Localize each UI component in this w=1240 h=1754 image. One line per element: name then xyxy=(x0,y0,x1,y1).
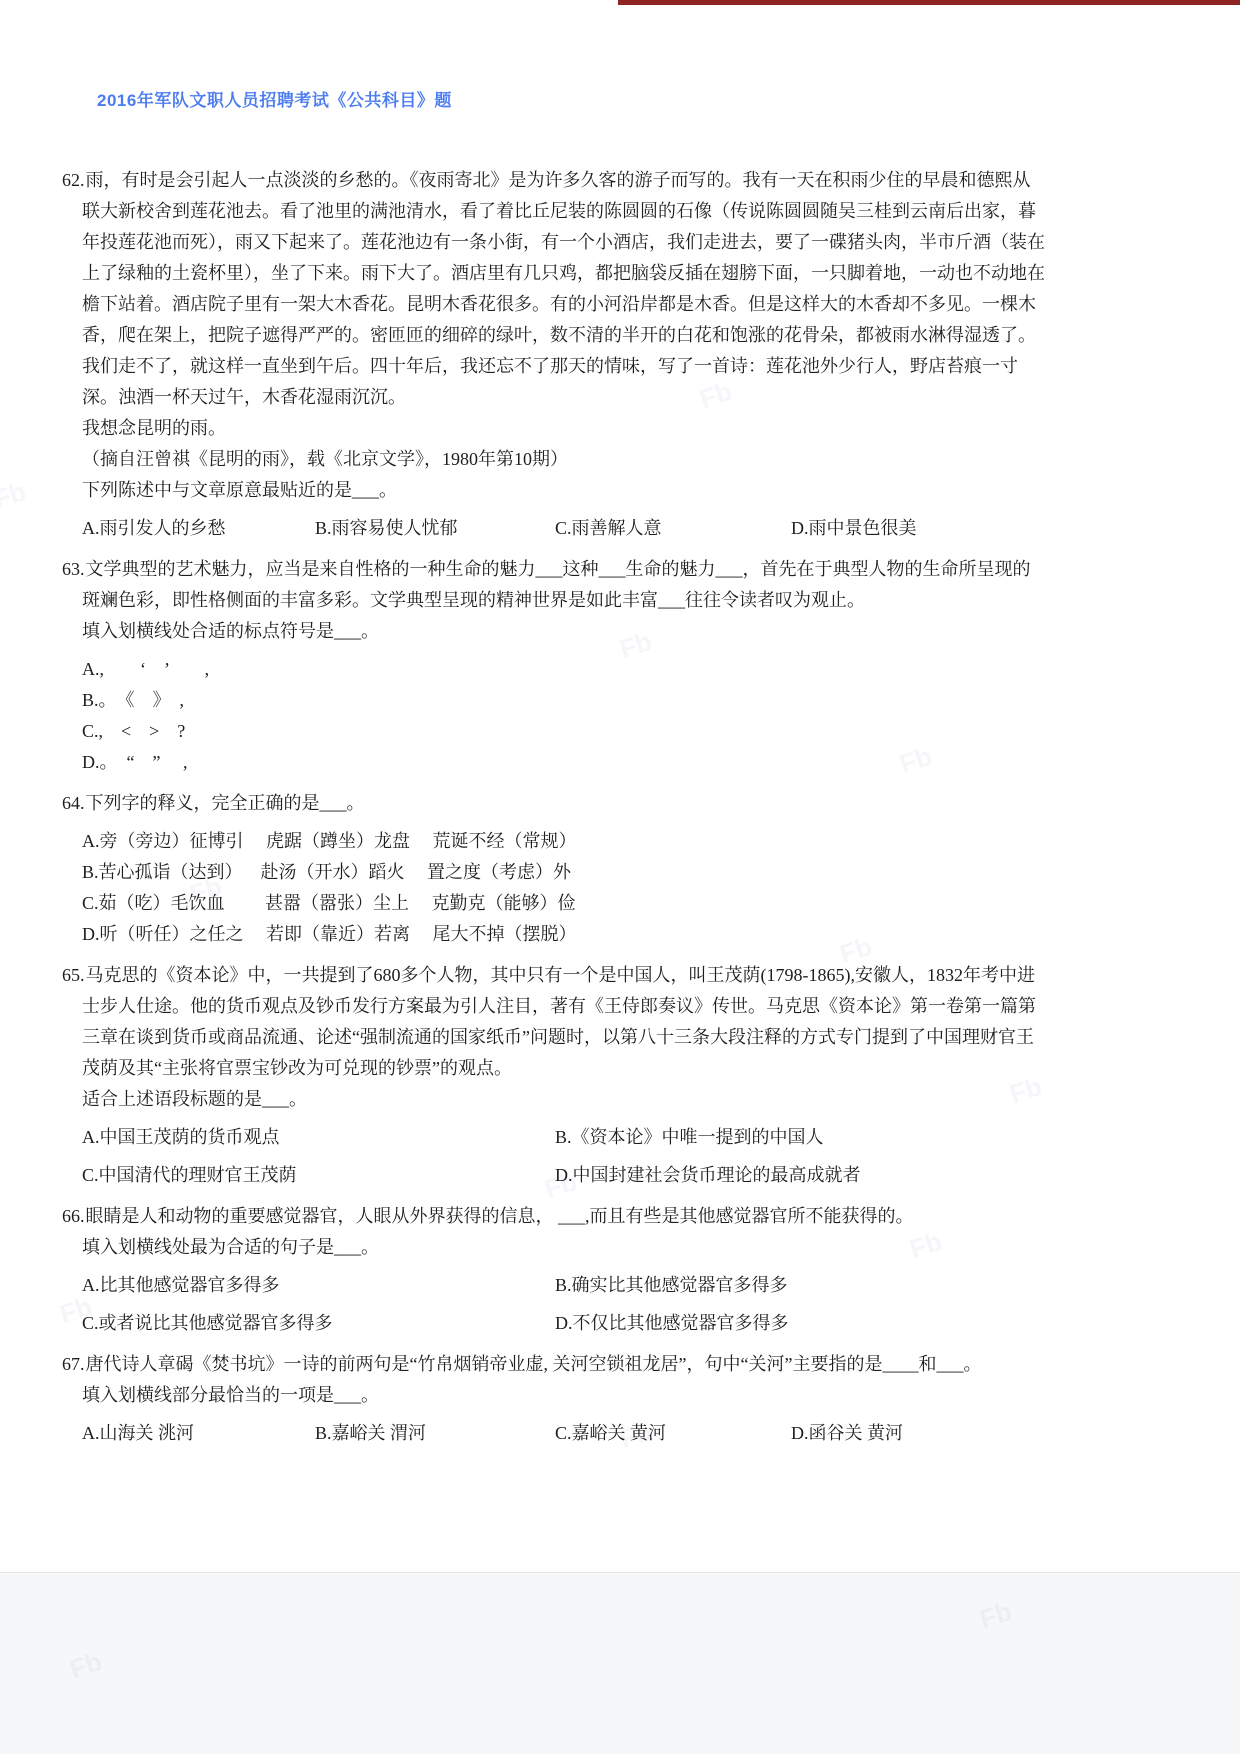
option-a: A.比其他感觉器官多得多 xyxy=(82,1270,555,1301)
question-prompt: 填入划横线处合适的标点符号是___。 xyxy=(82,616,1047,647)
options-list: A., ‘ ’ , B.。 《 》 , C., < > ? D.。 “ ” , xyxy=(82,654,1047,778)
question-number: 63. xyxy=(62,559,86,579)
option-d: D.听（听任）之任之 若即（靠近）若离 尾大不掉（摆脱） xyxy=(82,919,1047,950)
options-row: A.山海关 洮河 B.嘉峪关 渭河 C.嘉峪关 黄河 D.函谷关 黄河 xyxy=(82,1418,1047,1449)
options-row: C.中国清代的理财官王茂荫 D.中国封建社会货币理论的最高成就者 xyxy=(82,1160,1047,1191)
question-stem: 65.马克思的《资本论》中，一共提到了680多个人物，其中只有一个是中国人，叫王… xyxy=(62,960,1047,1084)
question-62: 62.雨，有时是会引起人一点淡淡的乡愁的。《夜雨寄北》是为许多久客的游子而写的。… xyxy=(62,165,1047,544)
question-stem: 66.眼睛是人和动物的重要感觉器官，人眼从外界获得的信息， ___,而且有些是其… xyxy=(62,1201,1047,1232)
question-number: 62. xyxy=(62,170,86,190)
question-line: 我想念昆明的雨。 xyxy=(82,413,1047,444)
option-c: C.嘉峪关 黄河 xyxy=(555,1418,791,1449)
options-list: A.旁（旁边）征博引 虎踞（蹲坐）龙盘 荒诞不经（常规） B.苦心孤诣（达到） … xyxy=(82,826,1047,950)
question-65: 65.马克思的《资本论》中，一共提到了680多个人物，其中只有一个是中国人，叫王… xyxy=(62,960,1047,1191)
question-64: 64.下列字的释义，完全正确的是___。 A.旁（旁边）征博引 虎踞（蹲坐）龙盘… xyxy=(62,788,1047,950)
question-stem: 64.下列字的释义，完全正确的是___。 xyxy=(62,788,1047,819)
question-63: 63.文学典型的艺术魅力，应当是来自性格的一种生命的魅力___这种___生命的魅… xyxy=(62,554,1047,778)
options-row: A.比其他感觉器官多得多 B.确实比其他感觉器官多得多 xyxy=(82,1270,1047,1301)
page-footer xyxy=(0,1572,1240,1754)
option-d: D.函谷关 黄河 xyxy=(791,1418,903,1449)
question-number: 64. xyxy=(62,793,86,813)
option-d: D.不仅比其他感觉器官多得多 xyxy=(555,1308,789,1339)
option-a: A.山海关 洮河 xyxy=(82,1418,315,1449)
page-title: 2016年军队文职人员招聘考试《公共科目》题 xyxy=(97,86,1047,111)
options-row: A.雨引发人的乡愁 B.雨容易使人忧郁 C.雨善解人意 D.雨中景色很美 xyxy=(82,513,1047,544)
question-prompt: 下列陈述中与文章原意最贴近的是___。 xyxy=(82,475,1047,506)
option-b: B.确实比其他感觉器官多得多 xyxy=(555,1270,788,1301)
question-text: 唐代诗人章碣《焚书坑》一诗的前两句是“竹帛烟销帝业虚, 关河空锁祖龙居”，句中“… xyxy=(86,1354,982,1374)
option-a: A.中国王茂荫的货币观点 xyxy=(82,1122,555,1153)
question-stem: 62.雨，有时是会引起人一点淡淡的乡愁的。《夜雨寄北》是为许多久客的游子而写的。… xyxy=(62,165,1047,413)
question-text: 马克思的《资本论》中，一共提到了680多个人物，其中只有一个是中国人，叫王茂荫(… xyxy=(82,965,1036,1078)
option-c: C., < > ? xyxy=(82,716,1047,747)
question-number: 66. xyxy=(62,1206,86,1226)
question-number: 67. xyxy=(62,1354,86,1374)
question-prompt: 填入划横线部分最恰当的一项是___。 xyxy=(82,1380,1047,1411)
exam-page: 2016年军队文职人员招聘考试《公共科目》题 62.雨，有时是会引起人一点淡淡的… xyxy=(0,86,1047,1449)
option-b: B.《资本论》中唯一提到的中国人 xyxy=(555,1122,824,1153)
question-source: （摘自汪曾祺《昆明的雨》，载《北京文学》，1980年第10期） xyxy=(82,444,1047,475)
question-66: 66.眼睛是人和动物的重要感觉器官，人眼从外界获得的信息， ___,而且有些是其… xyxy=(62,1201,1047,1339)
question-67: 67.唐代诗人章碣《焚书坑》一诗的前两句是“竹帛烟销帝业虚, 关河空锁祖龙居”，… xyxy=(62,1349,1047,1449)
options-row: A.中国王茂荫的货币观点 B.《资本论》中唯一提到的中国人 xyxy=(82,1122,1047,1153)
options-row: C.或者说比其他感觉器官多得多 D.不仅比其他感觉器官多得多 xyxy=(82,1308,1047,1339)
option-c: C.雨善解人意 xyxy=(555,513,791,544)
option-b: B.。 《 》 , xyxy=(82,685,1047,716)
question-text: 眼睛是人和动物的重要感觉器官，人眼从外界获得的信息， ___,而且有些是其他感觉… xyxy=(86,1206,914,1226)
option-c: C.中国清代的理财官王茂荫 xyxy=(82,1160,555,1191)
question-stem: 67.唐代诗人章碣《焚书坑》一诗的前两句是“竹帛烟销帝业虚, 关河空锁祖龙居”，… xyxy=(62,1349,1047,1380)
option-d: D.中国封建社会货币理论的最高成就者 xyxy=(555,1160,861,1191)
option-a: A.旁（旁边）征博引 虎踞（蹲坐）龙盘 荒诞不经（常规） xyxy=(82,826,1047,857)
top-red-bar xyxy=(618,0,1240,5)
option-d: D.。 “ ” , xyxy=(82,747,1047,778)
option-a: A.雨引发人的乡愁 xyxy=(82,513,315,544)
option-b: B.雨容易使人忧郁 xyxy=(315,513,555,544)
option-a: A., ‘ ’ , xyxy=(82,654,1047,685)
option-c: C.茹（吃）毛饮血 甚嚣（嚣张）尘上 克勤克（能够）俭 xyxy=(82,888,1047,919)
option-d: D.雨中景色很美 xyxy=(791,513,917,544)
option-c: C.或者说比其他感觉器官多得多 xyxy=(82,1308,555,1339)
question-stem: 63.文学典型的艺术魅力，应当是来自性格的一种生命的魅力___这种___生命的魅… xyxy=(62,554,1047,616)
question-text: 下列字的释义，完全正确的是___。 xyxy=(86,793,365,813)
question-prompt: 适合上述语段标题的是___。 xyxy=(82,1084,1047,1115)
option-b: B.嘉峪关 渭河 xyxy=(315,1418,555,1449)
option-b: B.苦心孤诣（达到） 赴汤（开水）蹈火 置之度（考虑）外 xyxy=(82,857,1047,888)
question-text: 雨，有时是会引起人一点淡淡的乡愁的。《夜雨寄北》是为许多久客的游子而写的。我有一… xyxy=(82,170,1045,407)
question-number: 65. xyxy=(62,965,86,985)
question-text: 文学典型的艺术魅力，应当是来自性格的一种生命的魅力___这种___生命的魅力__… xyxy=(82,559,1031,610)
question-prompt: 填入划横线处最为合适的句子是___。 xyxy=(82,1232,1047,1263)
